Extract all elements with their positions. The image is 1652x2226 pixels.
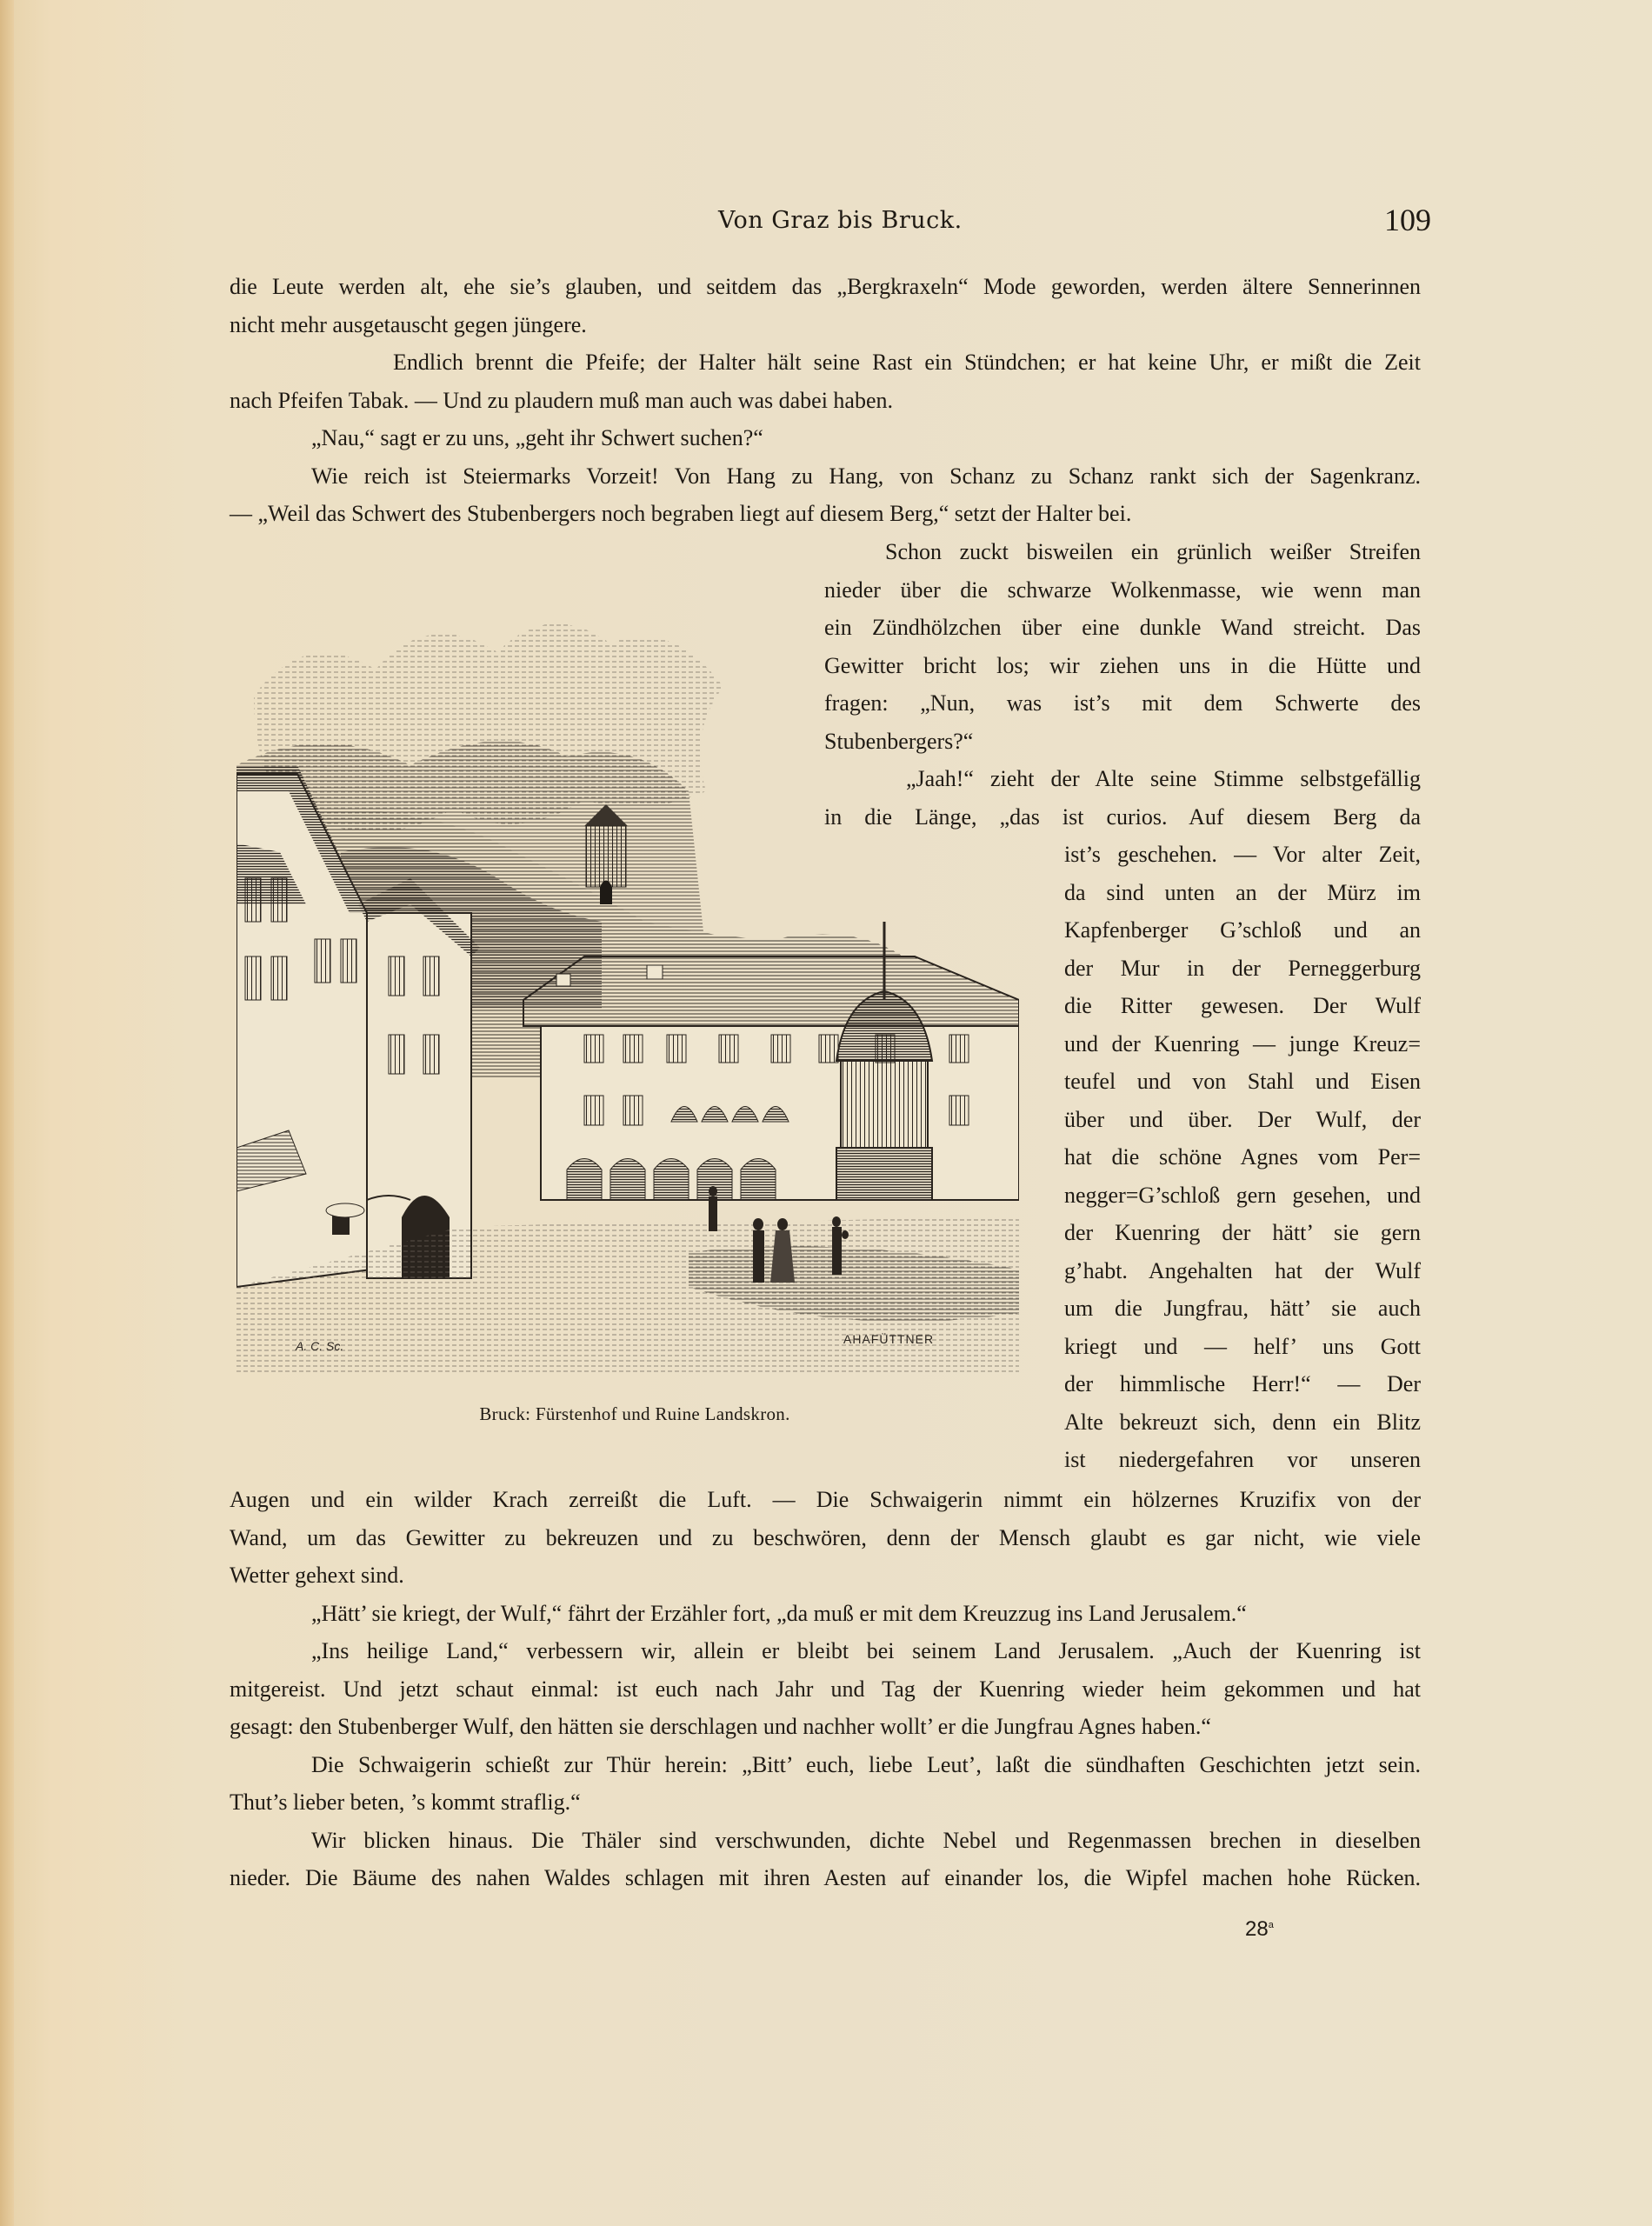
engraver-signature: A. C. Sc.: [296, 1339, 343, 1353]
text-block-top: die Leute werden alt, ehe sie’s glauben,…: [230, 268, 1421, 533]
text-line: „Nau,“ sagt er zu uns, „geht ihr Schwert…: [230, 419, 1421, 457]
text-line: da sind unten an der Mürz im: [1064, 874, 1421, 912]
text-line: um die Jungfrau, hätt’ sie auch: [1064, 1290, 1421, 1328]
text-line: über und über. Der Wulf, der: [1064, 1101, 1421, 1139]
engraving-illustration: [236, 591, 1019, 1374]
text-line: der Kuenring der hätt’ sie gern: [1064, 1214, 1421, 1252]
text-line: nicht mehr ausgetauscht gegen jüngere.: [230, 306, 1421, 344]
illustration-caption: Bruck: Fürstenhof und Ruine Landskron.: [235, 1403, 1035, 1425]
text-line: Alte bekreuzt sich, denn ein Blitz: [1064, 1403, 1421, 1442]
text-line: Wie reich ist Steiermarks Vorzeit! Von H…: [230, 457, 1421, 496]
text-line: ist niedergefahren vor unseren: [1064, 1441, 1421, 1479]
signature-superscript: a: [1269, 1920, 1274, 1930]
text-column-narrow: ist’s geschehen. — Vor alter Zeit, da si…: [1064, 836, 1421, 1479]
text-line: „Hätt’ sie kriegt, der Wulf,“ fährt der …: [230, 1595, 1421, 1633]
text-line: teufel und von Stahl und Eisen: [1064, 1063, 1421, 1101]
running-title: Von Graz bis Bruck.: [718, 207, 963, 234]
text-line: die Ritter gewesen. Der Wulf: [1064, 987, 1421, 1025]
text-line: nieder. Die Bäume des nahen Waldes schla…: [230, 1859, 1421, 1897]
text-line: g’habt. Angehalten hat der Wulf: [1064, 1252, 1421, 1290]
text-line: ist’s geschehen. — Vor alter Zeit,: [1064, 836, 1421, 874]
town-square-engraving-icon: [236, 591, 1019, 1374]
text-line: Endlich brennt die Pfeife; der Halter hä…: [230, 343, 1421, 382]
text-line: gesagt: den Stubenberger Wulf, den hätte…: [230, 1708, 1421, 1746]
signature-number: 28: [1245, 1917, 1269, 1941]
page-gutter-edge: [0, 0, 14, 2226]
text-line: negger=G’schloß gern gesehen, und: [1064, 1176, 1421, 1215]
printer-signature-mark: 28a: [1245, 1917, 1274, 1942]
text-line: die Leute werden alt, ehe sie’s glauben,…: [230, 268, 1421, 306]
text-line: Die Schwaigerin schießt zur Thür herein:…: [230, 1746, 1421, 1784]
text-line: hat die schöne Agnes vom Per=: [1064, 1138, 1421, 1176]
text-line: mitgereist. Und jetzt schaut einmal: ist…: [230, 1670, 1421, 1709]
text-line: nach Pfeifen Tabak. — Und zu plaudern mu…: [230, 382, 1421, 420]
text-block-bottom: Augen und ein wilder Krach zerreißt die …: [230, 1481, 1421, 1897]
artist-signature: AHAFÜTTNER: [843, 1332, 934, 1346]
text-line: Schon zuckt bisweilen ein grünlich weiße…: [824, 533, 1421, 571]
page-number: 109: [1384, 202, 1431, 238]
text-line: Wand, um das Gewitter zu bekreuzen und z…: [230, 1519, 1421, 1557]
text-line: Kapfenberger G’schloß und an: [1064, 911, 1421, 950]
text-line: Wetter gehext sind.: [230, 1556, 1421, 1595]
text-line: — „Weil das Schwert des Stubenbergers no…: [230, 495, 1421, 533]
text-line: der himmlische Herr!“ — Der: [1064, 1365, 1421, 1403]
text-line: und der Kuenring — junge Kreuz=: [1064, 1025, 1421, 1063]
text-line: der Mur in der Perneggerburg: [1064, 950, 1421, 988]
text-line: kriegt und — helf’ uns Gott: [1064, 1328, 1421, 1366]
text-line: Thut’s lieber beten, ’s kommt straflig.“: [230, 1783, 1421, 1822]
text-line: Wir blicken hinaus. Die Thäler sind vers…: [230, 1822, 1421, 1860]
text-line: Augen und ein wilder Krach zerreißt die …: [230, 1481, 1421, 1519]
running-head: Von Graz bis Bruck. 109: [718, 205, 1431, 240]
text-line: „Ins heilige Land,“ verbessern wir, alle…: [230, 1632, 1421, 1670]
